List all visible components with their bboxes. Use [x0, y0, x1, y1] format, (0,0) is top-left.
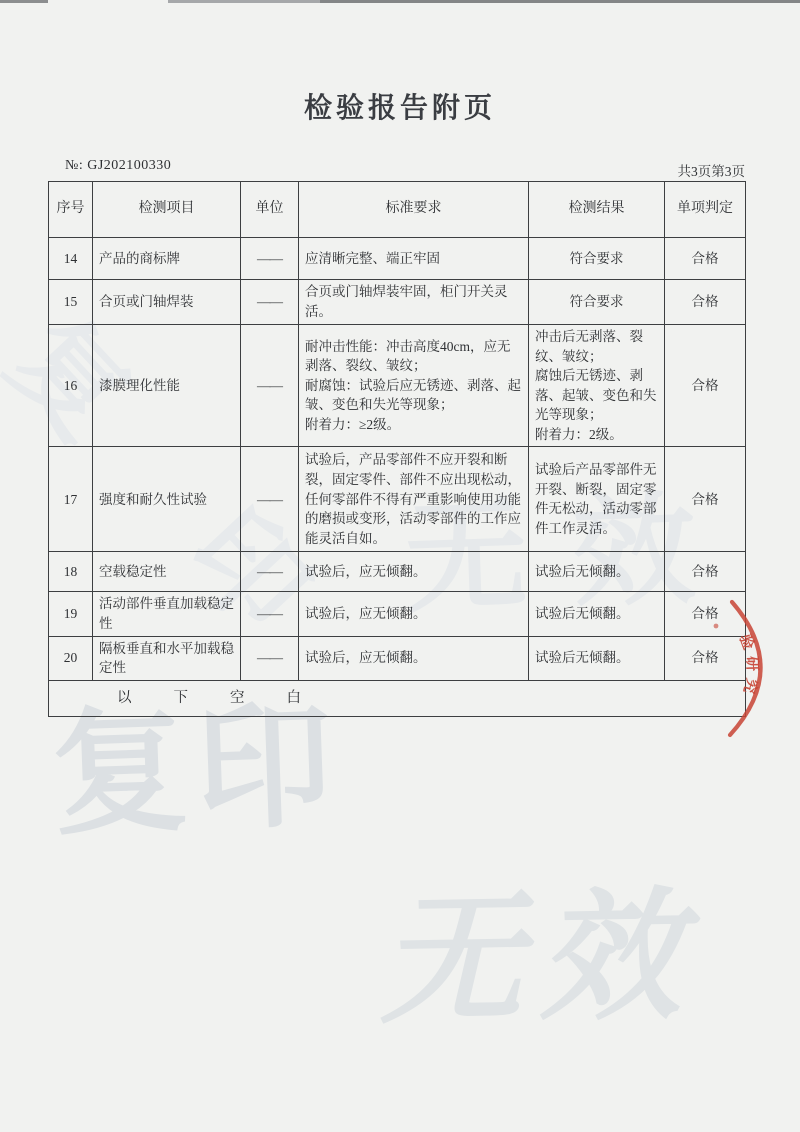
- report-number-value: GJ202100330: [87, 158, 171, 173]
- cell-standard: 试验后，应无倾翻。: [299, 552, 529, 592]
- cell-judgment: 合格: [665, 592, 746, 636]
- cell-no: 18: [49, 552, 93, 592]
- table-row: 19 活动部件垂直加载稳定性 —— 试验后，应无倾翻。 试验后无倾翻。 合格: [49, 592, 746, 636]
- table-header-row: 序号 检测项目 单位 标准要求 检测结果 单项判定: [49, 182, 746, 238]
- cell-item: 产品的商标牌: [93, 238, 241, 280]
- cell-unit: ——: [241, 447, 299, 552]
- table-row: 17 强度和耐久性试验 —— 试验后，产品零部件不应开裂和断裂，固定零件、部件不…: [49, 447, 746, 552]
- cell-item: 隔板垂直和水平加载稳定性: [93, 636, 241, 680]
- cell-unit: ——: [241, 325, 299, 447]
- cell-unit: ——: [241, 280, 299, 325]
- cell-judgment: 合格: [665, 552, 746, 592]
- cell-item: 合页或门轴焊装: [93, 280, 241, 325]
- blank-below-note: 以下空白: [49, 680, 746, 716]
- header-standard: 标准要求: [299, 182, 529, 238]
- cell-judgment: 合格: [665, 325, 746, 447]
- cell-unit: ——: [241, 636, 299, 680]
- scan-edge-artifact: [0, 0, 800, 3]
- cell-no: 17: [49, 447, 93, 552]
- cell-result: 符合要求: [529, 280, 665, 325]
- cell-result: 试验后无倾翻。: [529, 636, 665, 680]
- cell-unit: ——: [241, 552, 299, 592]
- page-count: 共3页第3页: [678, 160, 746, 180]
- cell-standard: 试验后，产品零部件不应开裂和断裂，固定零件、部件不应出现松动，任何零部件不得有严…: [299, 447, 529, 552]
- document-page: 复印 无效 复印 无效 检验报告附页 №: GJ202100330 共3页第3页…: [0, 0, 800, 1132]
- cell-unit: ——: [241, 592, 299, 636]
- cell-result: 试验后无倾翻。: [529, 552, 665, 592]
- watermark-copy-large: 复印: [50, 697, 343, 843]
- header-judgment: 单项判定: [665, 182, 746, 238]
- watermark-invalid-large: 无效: [375, 885, 725, 1032]
- table-row: 18 空载稳定性 —— 试验后，应无倾翻。 试验后无倾翻。 合格: [49, 552, 746, 592]
- cell-item: 漆膜理化性能: [93, 325, 241, 447]
- table-row: 15 合页或门轴焊装 —— 合页或门轴焊装牢固，柜门开关灵活。 符合要求 合格: [49, 280, 746, 325]
- header-no: 序号: [49, 182, 93, 238]
- cell-no: 20: [49, 636, 93, 680]
- report-number-label: №:: [65, 158, 83, 173]
- cell-no: 16: [49, 325, 93, 447]
- header-unit: 单位: [241, 182, 299, 238]
- cell-result: 冲击后无剥落、裂纹、皱纹； 腐蚀后无锈迹、剥落、起皱、变色和失光等现象； 附着力…: [529, 325, 665, 447]
- report-number: №: GJ202100330: [65, 158, 171, 174]
- cell-item: 活动部件垂直加载稳定性: [93, 592, 241, 636]
- inspection-table: 序号 检测项目 单位 标准要求 检测结果 单项判定 14 产品的商标牌 —— 应…: [48, 181, 746, 717]
- cell-judgment: 合格: [665, 447, 746, 552]
- cell-result: 符合要求: [529, 238, 665, 280]
- cell-result: 试验后无倾翻。: [529, 592, 665, 636]
- cell-judgment: 合格: [665, 238, 746, 280]
- report-meta: №: GJ202100330 共3页第3页: [48, 158, 745, 178]
- table-row: 20 隔板垂直和水平加载稳定性 —— 试验后，应无倾翻。 试验后无倾翻。 合格: [49, 636, 746, 680]
- page-title: 检验报告附页: [0, 86, 800, 126]
- header-result: 检测结果: [529, 182, 665, 238]
- cell-no: 15: [49, 280, 93, 325]
- cell-standard: 试验后，应无倾翻。: [299, 592, 529, 636]
- cell-standard: 试验后，应无倾翻。: [299, 636, 529, 680]
- table-row: 14 产品的商标牌 —— 应清晰完整、端正牢固 符合要求 合格: [49, 238, 746, 280]
- cell-item: 空载稳定性: [93, 552, 241, 592]
- cell-standard: 合页或门轴焊装牢固，柜门开关灵活。: [299, 280, 529, 325]
- cell-standard: 耐冲击性能：冲击高度40cm，应无剥落、裂纹、皱纹； 耐腐蚀：试验后应无锈迹、剥…: [299, 325, 529, 447]
- cell-no: 14: [49, 238, 93, 280]
- cell-unit: ——: [241, 238, 299, 280]
- cell-judgment: 合格: [665, 280, 746, 325]
- table-footer-row: 以下空白: [49, 680, 746, 716]
- cell-no: 19: [49, 592, 93, 636]
- cell-result: 试验后产品零部件无开裂、断裂，固定零件无松动，活动零部件工作灵活。: [529, 447, 665, 552]
- cell-standard: 应清晰完整、端正牢固: [299, 238, 529, 280]
- cell-judgment: 合格: [665, 636, 746, 680]
- cell-item: 强度和耐久性试验: [93, 447, 241, 552]
- header-item: 检测项目: [93, 182, 241, 238]
- table-row: 16 漆膜理化性能 —— 耐冲击性能：冲击高度40cm，应无剥落、裂纹、皱纹； …: [49, 325, 746, 447]
